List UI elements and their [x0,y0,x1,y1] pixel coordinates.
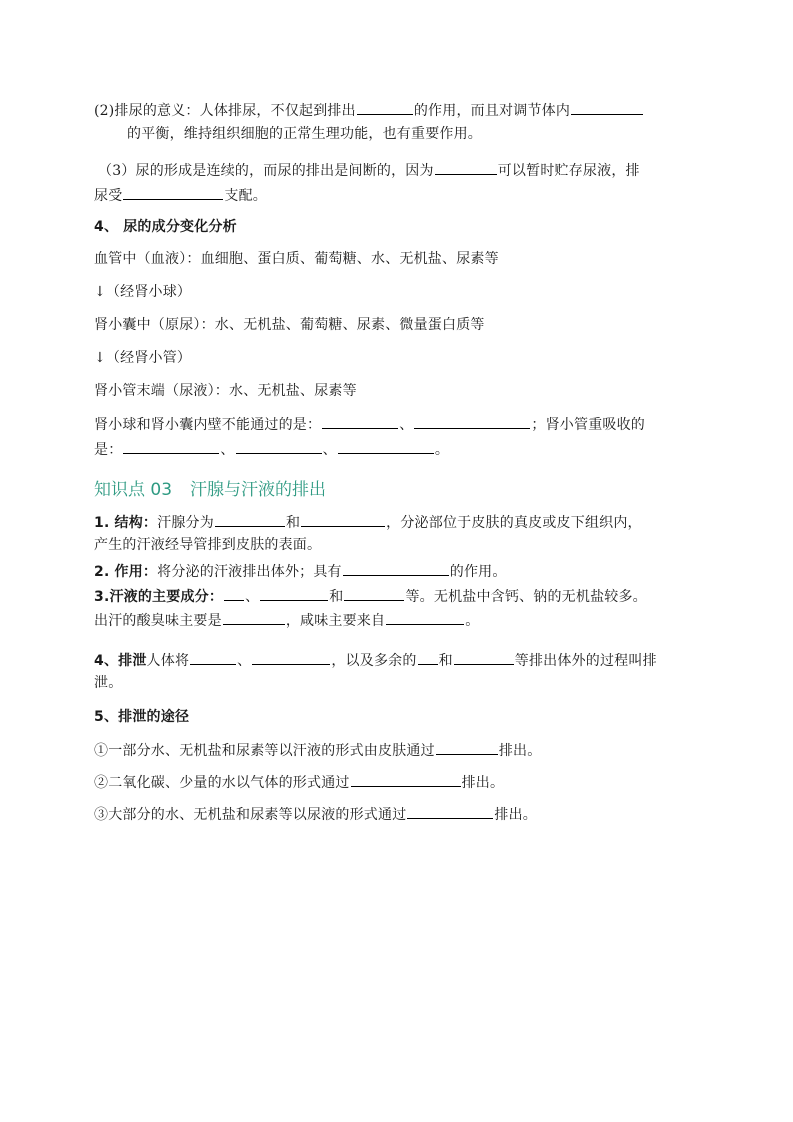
urination-significance-line1: (2)排尿的意义：人体排尿，不仅起到排出的作用，而且对调节体内 [94,100,644,120]
text: 和 [329,589,343,605]
capsule-composition: 肾小囊中（原尿）：水、无机盐、葡萄糖、尿素、微量蛋白质等 [94,316,485,334]
blank-field[interactable] [224,586,244,601]
blank-field[interactable] [338,439,434,454]
blank-field[interactable] [435,160,497,175]
text: 排出。 [499,743,542,759]
section-title-excretion-routes: 5、排泄的途径 [94,708,189,726]
knowledge-point-title: 汗腺与汗液的排出 [190,480,326,500]
text: (2)排尿的意义：人体排尿，不仅起到排出 [94,103,356,119]
blank-field[interactable] [260,586,328,601]
text: 。 [465,613,479,629]
sweat-gland-function: 2. 作用：将分泌的汗液排出体外；具有的作用。 [94,561,507,581]
text: 排出。 [462,775,505,791]
filtration-question-line2: 是：、、。 [94,439,449,459]
sweat-gland-structure-line1: 1. 结构：汗腺分为和，分泌部位于皮肤的真皮或皮下组织内， [94,512,642,532]
text: （3）尿的形成是连续的，而尿的排出是间断的，因为 [98,163,434,179]
blank-field[interactable] [123,439,219,454]
excretion-route-2: ②二氧化碳、少量的水以气体的形式通过排出。 [94,772,504,792]
arrow-tubule: ↓（经肾小管） [94,349,191,367]
text: 。 [435,442,449,458]
blank-field[interactable] [190,650,236,665]
blank-field[interactable] [236,439,322,454]
text: 出汗的酸臭味主要是 [94,613,222,629]
text: 是： [94,442,122,458]
blank-field[interactable] [414,414,530,429]
text: ②二氧化碳、少量的水以气体的形式通过 [94,775,350,791]
excretion-definition-line1: 4、排泄人体将、，以及多余的和等排出体外的过程叫排 [94,650,657,670]
text: ，以及多余的 [331,653,416,669]
text: 的作用。 [450,564,507,580]
text: 和 [439,653,453,669]
text: 和 [286,515,300,531]
blank-field[interactable] [418,650,438,665]
arrow-glomerulus: ↓（经肾小球） [94,283,191,301]
blank-field[interactable] [223,610,285,625]
text: 尿受 [94,188,122,204]
urine-formation-line1: （3）尿的形成是连续的，而尿的排出是间断的，因为可以暂时贮存尿液，排 [98,160,640,180]
blank-field[interactable] [571,100,643,115]
blank-field[interactable] [322,414,398,429]
text: 、 [323,442,337,458]
text: 人体将 [147,653,190,669]
text: 等。无机盐中含钙、钠的无机盐较多。 [405,589,646,605]
text: 肾小球和肾小囊内壁不能通过的是： [94,417,321,433]
text: 等排出体外的过程叫排 [515,653,657,669]
text: 、 [237,653,251,669]
item-label: 1. 结构： [94,515,157,531]
text: ，咸味主要来自 [286,613,385,629]
blank-field[interactable] [123,185,223,200]
filtration-question-line1: 肾小球和肾小囊内壁不能通过的是：、；肾小管重吸收的 [94,414,645,434]
sweat-gland-structure-line2: 产生的汗液经导管排到皮肤的表面。 [94,536,321,554]
blank-field[interactable] [386,610,464,625]
section-title-urine-composition: 4、 尿的成分变化分析 [94,218,237,236]
blank-field[interactable] [252,650,330,665]
item-label: 3.汗液的主要成分： [94,589,223,605]
blank-field[interactable] [351,772,461,787]
excretion-definition-line2: 泄。 [94,674,122,692]
excretion-route-3: ③大部分的水、无机盐和尿素等以尿液的形式通过排出。 [94,804,537,824]
text: 汗腺分为 [157,515,214,531]
excretion-route-1: ①一部分水、无机盐和尿素等以汗液的形式由皮肤通过排出。 [94,740,541,760]
sweat-composition-line2: 出汗的酸臭味主要是，咸味主要来自。 [94,610,479,630]
text: 将分泌的汗液排出体外；具有 [157,564,342,580]
text: 排出。 [494,807,537,823]
text: 支配。 [224,188,267,204]
item-label: 2. 作用： [94,564,157,580]
text: ③大部分的水、无机盐和尿素等以尿液的形式通过 [94,807,406,823]
blank-field[interactable] [215,512,285,527]
sweat-composition-line1: 3.汗液的主要成分：、和等。无机盐中含钙、钠的无机盐较多。 [94,586,647,606]
blank-field[interactable] [344,586,404,601]
item-label: 4、排泄 [94,653,147,669]
text: 的作用，而且对调节体内 [414,103,570,119]
blood-composition: 血管中（血液）：血细胞、蛋白质、葡萄糖、水、无机盐、尿素等 [94,250,499,268]
tubule-end-composition: 肾小管末端（尿液）：水、无机盐、尿素等 [94,382,357,400]
blank-field[interactable] [343,561,449,576]
urine-formation-line2: 尿受支配。 [94,185,267,205]
text: 、 [220,442,234,458]
knowledge-point-heading: 知识点 03汗腺与汗液的排出 [94,479,326,501]
blank-field[interactable] [436,740,498,755]
blank-field[interactable] [357,100,413,115]
text: ；肾小管重吸收的 [531,417,645,433]
text: ，分泌部位于皮肤的真皮或皮下组织内， [386,515,642,531]
urination-significance-line2: 的平衡，维持组织细胞的正常生理功能，也有重要作用。 [127,125,482,143]
blank-field[interactable] [301,512,385,527]
text: 的平衡，维持组织细胞的正常生理功能，也有重要作用。 [127,126,482,142]
text: 可以暂时贮存尿液，排 [498,163,640,179]
text: 、 [399,417,413,433]
text: ①一部分水、无机盐和尿素等以汗液的形式由皮肤通过 [94,743,435,759]
blank-field[interactable] [407,804,493,819]
knowledge-point-label: 知识点 03 [94,480,172,500]
text: 、 [245,589,259,605]
blank-field[interactable] [454,650,514,665]
